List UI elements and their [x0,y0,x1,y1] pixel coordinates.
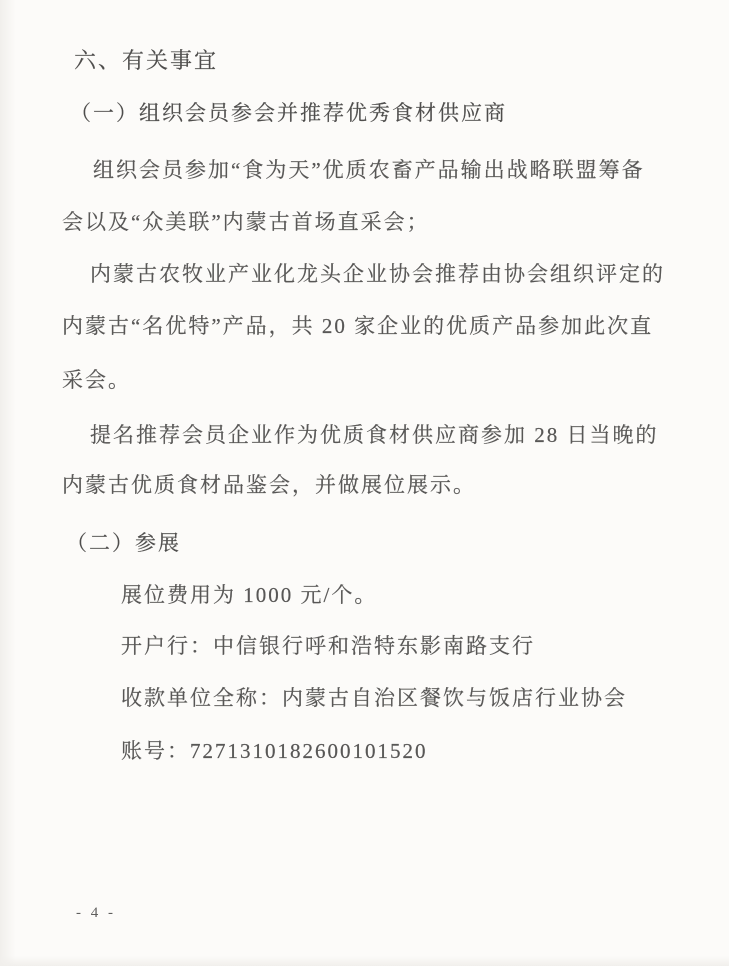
payee-name-line: 收款单位全称：内蒙古自治区餐饮与饭店行业协会 [121,684,627,712]
paragraph-2-line-2: 内蒙古“名优特”产品，共 20 家企业的优质产品参加此次直 [62,312,653,340]
subsection-2-title: （二）参展 [66,529,181,557]
bank-name-line: 开户行：中信银行呼和浩特东影南路支行 [121,632,535,660]
paragraph-2-line-1: 内蒙古农牧业产业化龙头企业协会推荐由协会组织评定的 [90,260,665,288]
page-number: - 4 - [76,905,116,922]
scanned-document-page: 六、有关事宜 （一）组织会员参会并推荐优秀食材供应商 组织会员参加“食为天”优质… [0,0,729,966]
booth-fee-line: 展位费用为 1000 元/个。 [121,581,377,609]
subsection-1-title: （一）组织会员参会并推荐优秀食材供应商 [70,99,507,127]
paragraph-1-line-2: 会以及“众美联”内蒙古首场直采会； [62,208,430,236]
account-number-line: 账号：7271310182600101520 [121,737,428,765]
paragraph-3-line-1: 提名推荐会员企业作为优质食材供应商参加 28 日当晚的 [90,421,659,449]
paragraph-1-line-1: 组织会员参加“食为天”优质农畜产品输出战略联盟筹备 [93,156,645,184]
section-heading: 六、有关事宜 [74,47,218,75]
paragraph-2-line-3: 采会。 [62,366,131,394]
paragraph-3-line-2: 内蒙古优质食材品鉴会，并做展位展示。 [62,471,476,499]
